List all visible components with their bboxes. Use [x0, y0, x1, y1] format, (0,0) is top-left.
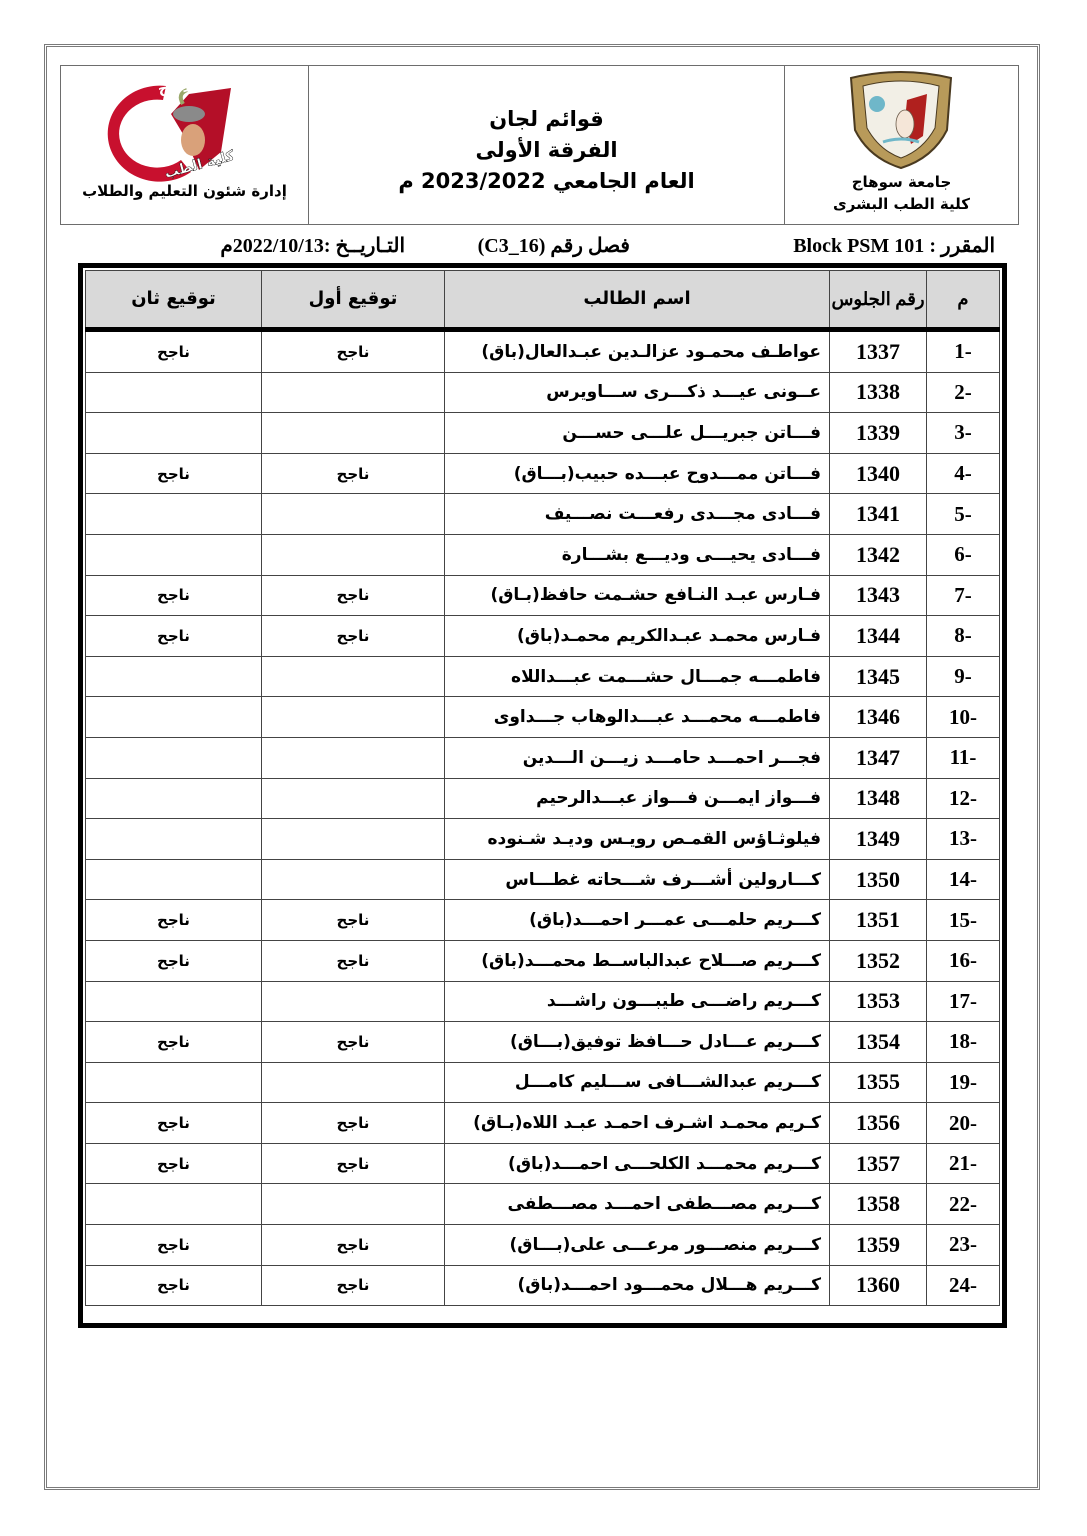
student-name: كـــريم راضـــى طيبـــون راشـــد: [445, 981, 830, 1022]
header-right-cell: جامعة سوهاج كلية الطب البشرى: [785, 66, 1018, 224]
row-index: -12: [927, 778, 1000, 819]
row-index: -16: [927, 940, 1000, 981]
table-row: -171353كـــريم راضـــى طيبـــون راشـــد: [86, 981, 1000, 1022]
second-signature: [86, 778, 262, 819]
table-row: -131349فيلوثـاؤس القمـص رويـس وديـد شـنو…: [86, 819, 1000, 860]
student-name: كـــريم صـــلاح عبدالباســط محمـــد(باق): [445, 940, 830, 981]
header-student-name: اسم الطالب: [445, 271, 830, 330]
row-index: -18: [927, 1022, 1000, 1063]
second-signature: [86, 534, 262, 575]
row-index: -7: [927, 575, 1000, 616]
header-index: م: [927, 271, 1000, 330]
table-row: -81344فـارس محمـد عبـدالكريم محمـد(باق)ن…: [86, 616, 1000, 657]
first-signature: ناجح: [262, 453, 445, 494]
header-first-signature: توقيع أول: [262, 271, 445, 330]
title-line-academic-year: العام الجامعي 2023/2022 م: [309, 166, 784, 197]
second-signature: ناجح: [86, 453, 262, 494]
date-label: التـاريــخ :2022/10/13م: [220, 233, 405, 258]
second-signature: [86, 697, 262, 738]
student-name: فـارس محمـد عبـدالكريم محمـد(باق): [445, 616, 830, 657]
seat-number: 1339: [830, 413, 927, 454]
student-name: فـــاتن جبريـــل علـــى حســـن: [445, 413, 830, 454]
second-signature: ناجح: [86, 900, 262, 941]
first-signature: [262, 981, 445, 1022]
table-row: -141350كـــارولين أشـــرف شـــحاته غطـــ…: [86, 859, 1000, 900]
second-signature: [86, 656, 262, 697]
student-name: فـــادى مجـــدى رفعـــت نصـــيف: [445, 494, 830, 535]
table-row: -31339فـــاتن جبريـــل علـــى حســـن: [86, 413, 1000, 454]
table-row: -91345فاطمـــه جمـــال حشـــمت عبـــدالل…: [86, 656, 1000, 697]
seat-number: 1352: [830, 940, 927, 981]
second-signature: ناجح: [86, 616, 262, 657]
table-row: -151351كـــريم حلمـــى عمـــر احمـــد(با…: [86, 900, 1000, 941]
student-name: كـــارولين أشـــرف شـــحاته غطـــاس: [445, 859, 830, 900]
seat-number: 1359: [830, 1225, 927, 1266]
row-index: -5: [927, 494, 1000, 535]
first-signature: [262, 819, 445, 860]
first-signature: ناجح: [262, 1225, 445, 1266]
first-signature: [262, 737, 445, 778]
table-row: -201356كـريم محمـد اشـرف احمـد عبـد اللا…: [86, 1103, 1000, 1144]
student-name: كـــريم حلمـــى عمـــر احمـــد(باق): [445, 900, 830, 941]
table-row: -211357كـــريم محمـــد الكلحـــى احمـــد…: [86, 1143, 1000, 1184]
seat-number: 1351: [830, 900, 927, 941]
row-index: -8: [927, 616, 1000, 657]
row-index: -23: [927, 1225, 1000, 1266]
student-name: كـــريم هـــلال محمـــود احمـــد(باق): [445, 1265, 830, 1306]
row-index: -6: [927, 534, 1000, 575]
first-signature: [262, 1184, 445, 1225]
sohag-university-emblem-icon: [843, 70, 959, 170]
seat-number: 1343: [830, 575, 927, 616]
second-signature: ناجح: [86, 575, 262, 616]
second-signature: [86, 819, 262, 860]
student-name: كـــريم مصـــطفى احمـــد مصـــطفى: [445, 1184, 830, 1225]
first-signature: ناجح: [262, 1265, 445, 1306]
second-signature: [86, 372, 262, 413]
university-name: جامعة سوهاج: [785, 171, 1018, 193]
seat-number: 1360: [830, 1265, 927, 1306]
student-name: فجـــر احمـــد حامـــد زيـــن الـــدين: [445, 737, 830, 778]
seat-number: 1344: [830, 616, 927, 657]
table-row: -221358كـــريم مصـــطفى احمـــد مصـــطفى: [86, 1184, 1000, 1225]
second-signature: ناجح: [86, 330, 262, 373]
first-signature: [262, 859, 445, 900]
student-name: كـريم محمـد اشـرف احمـد عبـد اللاه(بـاق): [445, 1103, 830, 1144]
first-signature: [262, 494, 445, 535]
header-left-cell: سوهاج كلية الطب إدارة شئون التعليم والطل…: [61, 66, 309, 224]
table-row: -21338عــونى عيـــد ذكـــرى ســـاويرس: [86, 372, 1000, 413]
document-header: سوهاج كلية الطب إدارة شئون التعليم والطل…: [60, 65, 1019, 225]
row-index: -14: [927, 859, 1000, 900]
student-name: كـــريم منصـــور مرعـــى على(بـــاق): [445, 1225, 830, 1266]
table-row: -191355كـــريم عبدالشـــافى ســـليم كامـ…: [86, 1062, 1000, 1103]
row-index: -2: [927, 372, 1000, 413]
roster-table-frame: م رقم الجلوس اسم الطالب توقيع أول توقيع …: [78, 263, 1007, 1328]
row-index: -20: [927, 1103, 1000, 1144]
seat-number: 1337: [830, 330, 927, 373]
second-signature: ناجح: [86, 1265, 262, 1306]
second-signature: [86, 413, 262, 454]
first-signature: ناجح: [262, 1143, 445, 1184]
table-row: -61342فـــادى يحيـــى وديـــع بشـــارة: [86, 534, 1000, 575]
seat-number: 1345: [830, 656, 927, 697]
row-index: -10: [927, 697, 1000, 738]
seat-number: 1349: [830, 819, 927, 860]
seat-number: 1353: [830, 981, 927, 1022]
department-caption: إدارة شئون التعليم والطلاب: [61, 182, 308, 200]
seat-number: 1348: [830, 778, 927, 819]
second-signature: [86, 737, 262, 778]
table-row: -71343فـارس عبـد النـافع حشـمت حافظ(بـاق…: [86, 575, 1000, 616]
seat-number: 1340: [830, 453, 927, 494]
second-signature: ناجح: [86, 1225, 262, 1266]
row-index: -3: [927, 413, 1000, 454]
seat-number: 1341: [830, 494, 927, 535]
student-name: فـــاتن ممـــدوح عبـــده حبيب(بـــاق): [445, 453, 830, 494]
row-index: -13: [927, 819, 1000, 860]
first-signature: [262, 697, 445, 738]
first-signature: [262, 372, 445, 413]
first-signature: [262, 1062, 445, 1103]
row-index: -9: [927, 656, 1000, 697]
first-signature: ناجح: [262, 616, 445, 657]
student-name: كـــريم عـــادل حـــافظ توفيق(بـــاق): [445, 1022, 830, 1063]
header-second-signature: توقيع ثان: [86, 271, 262, 330]
title-line-committees: قوائم لجان: [309, 104, 784, 135]
table-row: -181354كـــريم عـــادل حـــافظ توفيق(بــ…: [86, 1022, 1000, 1063]
student-name: فـــادى يحيـــى وديـــع بشـــارة: [445, 534, 830, 575]
seat-number: 1338: [830, 372, 927, 413]
first-signature: ناجح: [262, 1022, 445, 1063]
student-name: فـــواز ايمـــن فـــواز عبـــدالرحيم: [445, 778, 830, 819]
table-header-row: م رقم الجلوس اسم الطالب توقيع أول توقيع …: [86, 271, 1000, 330]
second-signature: ناجح: [86, 1022, 262, 1063]
faculty-of-medicine-logo-icon: سوهاج كلية الطب: [71, 74, 246, 184]
first-signature: ناجح: [262, 575, 445, 616]
row-index: -15: [927, 900, 1000, 941]
second-signature: [86, 494, 262, 535]
student-name: عــونى عيـــد ذكـــرى ســـاويرس: [445, 372, 830, 413]
second-signature: [86, 859, 262, 900]
row-index: -4: [927, 453, 1000, 494]
second-signature: [86, 1184, 262, 1225]
student-name: عواطـف محمـود عزالـدين عبـدالعال(باق): [445, 330, 830, 373]
second-signature: ناجح: [86, 940, 262, 981]
student-name: فاطمـــه محمـــد عبـــدالوهاب جـــداوى: [445, 697, 830, 738]
row-index: -17: [927, 981, 1000, 1022]
first-signature: ناجح: [262, 900, 445, 941]
faculty-name: كلية الطب البشرى: [785, 193, 1018, 215]
first-signature: [262, 778, 445, 819]
student-name: فـارس عبـد النـافع حشـمت حافظ(بـاق): [445, 575, 830, 616]
seat-number: 1342: [830, 534, 927, 575]
row-index: -21: [927, 1143, 1000, 1184]
seat-number: 1354: [830, 1022, 927, 1063]
document-meta-row: المقرر : Block PSM 101 فصل رقم (C3_16) ا…: [160, 233, 995, 259]
student-name: كـــريم محمـــد الكلحـــى احمـــد(باق): [445, 1143, 830, 1184]
class-number-label: فصل رقم (C3_16): [478, 233, 630, 258]
row-index: -22: [927, 1184, 1000, 1225]
first-signature: [262, 413, 445, 454]
table-row: -41340فـــاتن ممـــدوح عبـــده حبيب(بـــ…: [86, 453, 1000, 494]
table-row: -121348فـــواز ايمـــن فـــواز عبـــدالر…: [86, 778, 1000, 819]
table-row: -241360كـــريم هـــلال محمـــود احمـــد(…: [86, 1265, 1000, 1306]
seat-number: 1346: [830, 697, 927, 738]
seat-number: 1355: [830, 1062, 927, 1103]
student-name: فاطمـــه جمـــال حشـــمت عبـــداللاه: [445, 656, 830, 697]
first-signature: ناجح: [262, 330, 445, 373]
header-seat-number: رقم الجلوس: [830, 271, 927, 330]
course-label: المقرر : Block PSM 101: [793, 233, 995, 258]
row-index: -19: [927, 1062, 1000, 1103]
second-signature: [86, 981, 262, 1022]
seat-number: 1358: [830, 1184, 927, 1225]
second-signature: ناجح: [86, 1103, 262, 1144]
title-line-year-group: الفرقة الأولى: [309, 135, 784, 166]
seat-number: 1350: [830, 859, 927, 900]
table-row: -11337عواطـف محمـود عزالـدين عبـدالعال(ب…: [86, 330, 1000, 373]
table-row: -111347فجـــر احمـــد حامـــد زيـــن الـ…: [86, 737, 1000, 778]
student-name: فيلوثـاؤس القمـص رويـس وديـد شـنوده: [445, 819, 830, 860]
row-index: -24: [927, 1265, 1000, 1306]
second-signature: ناجح: [86, 1143, 262, 1184]
table-row: -101346فاطمـــه محمـــد عبـــدالوهاب جــ…: [86, 697, 1000, 738]
seat-number: 1357: [830, 1143, 927, 1184]
table-row: -161352كـــريم صـــلاح عبدالباســط محمــ…: [86, 940, 1000, 981]
header-title-cell: قوائم لجان الفرقة الأولى العام الجامعي 2…: [309, 66, 785, 224]
seat-number: 1356: [830, 1103, 927, 1144]
student-name: كـــريم عبدالشـــافى ســـليم كامـــل: [445, 1062, 830, 1103]
first-signature: ناجح: [262, 940, 445, 981]
first-signature: ناجح: [262, 1103, 445, 1144]
row-index: -1: [927, 330, 1000, 373]
seat-number: 1347: [830, 737, 927, 778]
second-signature: [86, 1062, 262, 1103]
first-signature: [262, 656, 445, 697]
table-row: -231359كـــريم منصـــور مرعـــى على(بـــ…: [86, 1225, 1000, 1266]
table-row: -51341فـــادى مجـــدى رفعـــت نصـــيف: [86, 494, 1000, 535]
first-signature: [262, 534, 445, 575]
row-index: -11: [927, 737, 1000, 778]
roster-table: م رقم الجلوس اسم الطالب توقيع أول توقيع …: [85, 270, 1000, 1306]
